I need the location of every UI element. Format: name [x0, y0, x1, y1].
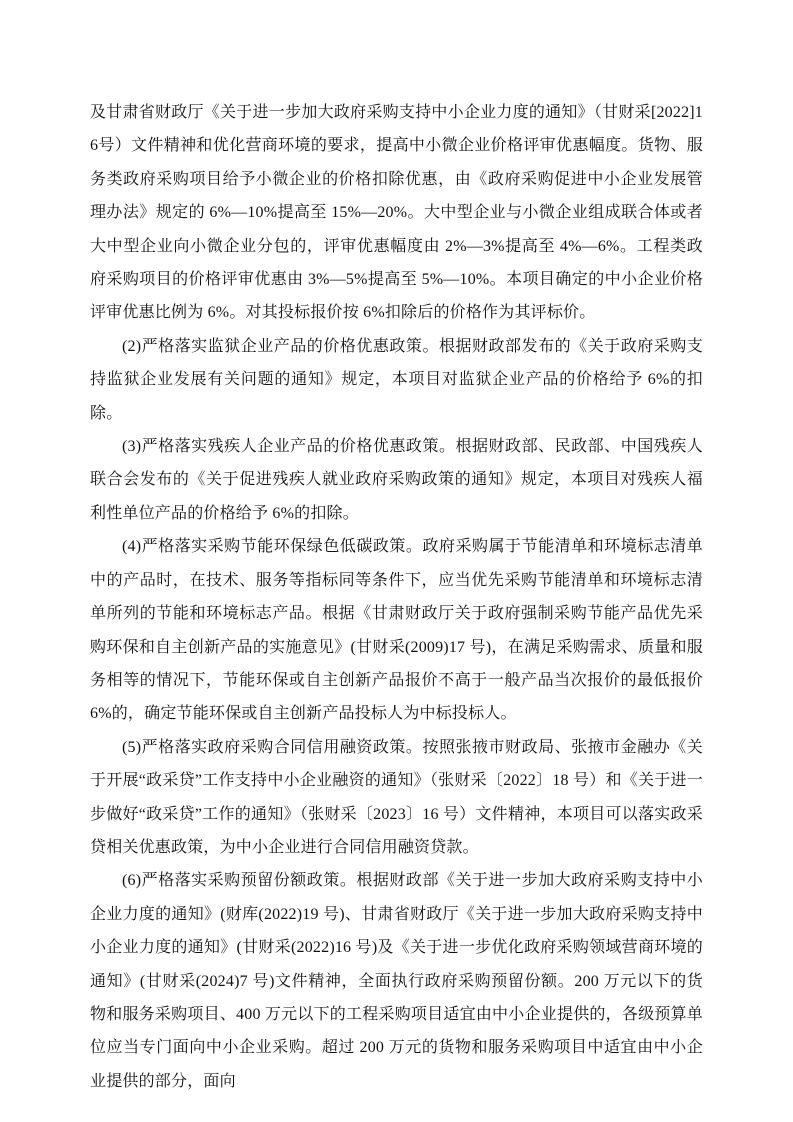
- paragraph-prison-enterprise-policy: (2)严格落实监狱企业产品的价格优惠政策。根据财政部发布的《关于政府采购支持监狱…: [90, 330, 703, 430]
- paragraph-contract-credit-financing-policy: (5)严格落实政府采购合同信用融资政策。按照张掖市财政局、张掖市金融办《关于开展…: [90, 731, 703, 865]
- paragraph-energy-saving-policy: (4)严格落实采购节能环保绿色低碳政策。政府采购属于节能清单和环境标志清单中的产…: [90, 530, 703, 730]
- document-page: 及甘肃省财政厅《关于进一步加大政府采购支持中小企业力度的通知》（甘财采[2022…: [0, 0, 793, 1122]
- paragraph-reserved-share-policy: (6)严格落实采购预留份额政策。根据财政部《关于进一步加大政府采购支持中小企业力…: [90, 864, 703, 1098]
- paragraph-smb-price-preference-continued: 及甘肃省财政厅《关于进一步加大政府采购支持中小企业力度的通知》（甘财采[2022…: [90, 96, 703, 330]
- document-text-block: 及甘肃省财政厅《关于进一步加大政府采购支持中小企业力度的通知》（甘财采[2022…: [90, 96, 703, 1098]
- paragraph-disabled-welfare-policy: (3)严格落实残疾人企业产品的价格优惠政策。根据财政部、民政部、中国残疾人联合会…: [90, 430, 703, 530]
